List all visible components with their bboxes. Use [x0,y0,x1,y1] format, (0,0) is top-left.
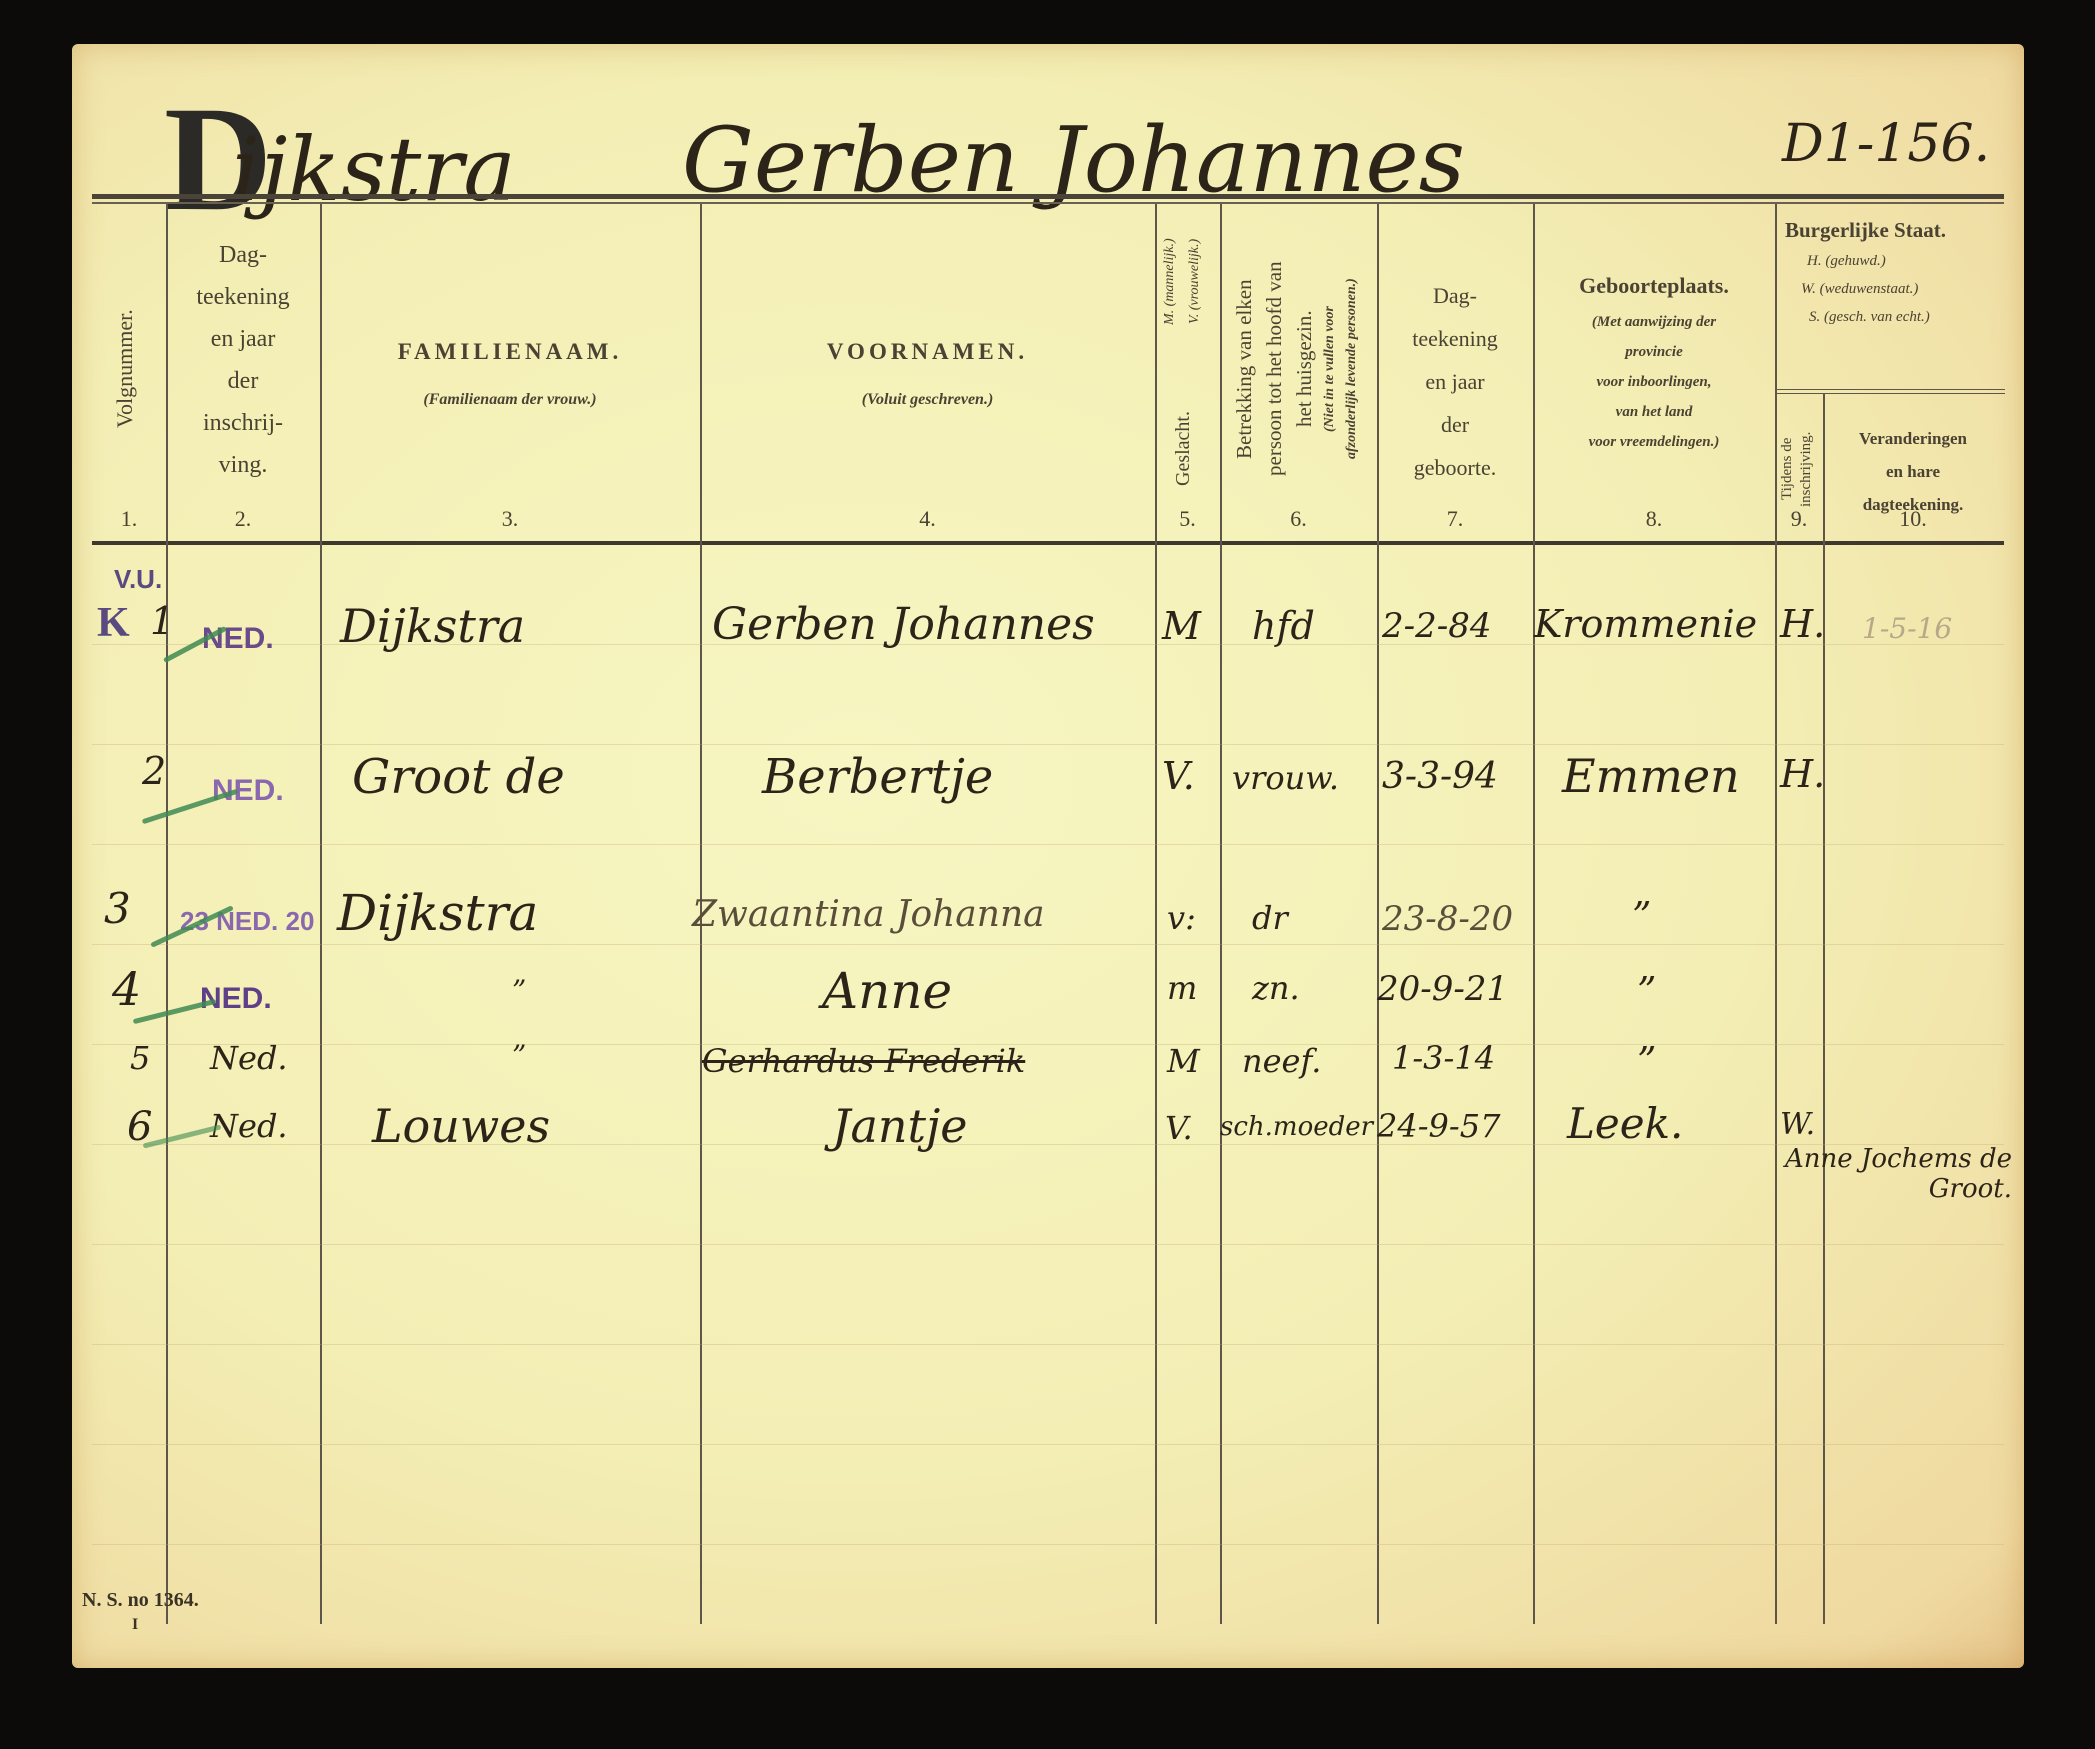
cell-volgnummer: 3 [104,884,131,933]
header-betrekking-line: persoon tot het hoofd van [1262,209,1290,529]
cell-geslacht: M [1167,1042,1200,1080]
cell-staat: H. [1780,602,1825,646]
cell-volgnummer: 2 [142,749,166,793]
cell-geboortedatum: 24-9-57 [1377,1107,1500,1145]
column-number: 5. [1155,506,1220,532]
header-subtitle: (Voluit geschreven.) [700,388,1155,413]
ruled-line [92,1244,2004,1245]
header-dagteekening-inschrijving: Dag- teekening en jaar der inschrij- vin… [166,234,320,486]
cell-voornamen-struck: Gerhardus Frederik [702,1042,1025,1080]
cell-betrekking: hfd [1252,604,1315,648]
cell-geslacht: m [1167,969,1197,1007]
cell-voornamen: Anne [822,962,952,1020]
header-line: der [1377,403,1533,446]
cell-volgnummer: 5 [130,1039,150,1077]
cell-geboortedatum: 3-3-94 [1382,756,1498,797]
header-subtitle: provincie [1533,337,1775,367]
header-subtitle: (Familienaam der vrouw.) [320,388,700,413]
header-title: FAMILIENAAM. [320,334,700,370]
form-sub-number: I [132,1616,138,1634]
vu-stamp: V.U. [114,564,162,595]
header-line: Dag- [1377,274,1533,317]
cell-geboorteplaats: Leek. [1567,1099,1683,1148]
header-legend-w: W. (weduwenstaat.) [1785,275,2007,303]
surname-handwritten: ijkstra [232,126,516,214]
ruled-line [92,1344,2004,1345]
column-divider [1155,204,1157,1624]
header-subtitle: (Met aanwijzing der [1533,307,1775,337]
cell-volgnummer: 4 [112,962,141,1016]
cell-veranderingen: 1-5-16 [1862,612,1952,645]
column-number: 3. [320,506,700,532]
header-voornamen: VOORNAMEN. (Voluit geschreven.) [700,334,1155,412]
column-divider [320,204,322,1624]
ruled-line [92,744,2004,745]
cell-geslacht: V. [1162,754,1195,798]
ruled-line [92,1044,2004,1045]
form-number: N. S. no 1364. [82,1589,199,1612]
burgerlijke-staat-divider [1775,389,2005,394]
column-number: 9. [1775,506,1823,532]
cell-voornamen: Jantje [832,1099,967,1153]
cell-inschrijving-stamp: NED. [202,622,274,656]
card-reference-number: D1-156. [1782,114,1990,174]
cell-geslacht: M [1162,604,1201,648]
cell-familienaam: ” [512,1039,526,1072]
cell-voornamen: Berbertje [762,749,993,805]
cell-staat: W. [1780,1107,1815,1142]
cell-voornamen: Gerben Johannes [712,599,1095,650]
header-title: Geboorteplaats. [1533,269,1775,303]
header-legend-h: H. (gehuwd.) [1785,247,2007,275]
cell-geboortedatum: 2-2-84 [1382,606,1492,646]
column-number: 2. [166,506,320,532]
column-number: 4. [700,506,1155,532]
header-familienaam: FAMILIENAAM. (Familienaam der vrouw.) [320,334,700,412]
ruled-line [92,1544,2004,1545]
header-geslacht-m: M. (mannelijk.) [1162,209,1182,354]
header-volgnummer: Volgnummer. [112,244,152,494]
cell-geboorteplaats: Krommenie [1534,602,1757,646]
population-register-card: D ijkstra Gerben Johannes D1-156. Volgnu… [72,44,2024,1668]
column-number: 7. [1377,506,1533,532]
cell-inschrijving-stamp: NED. [212,774,284,808]
cell-veranderingen: Anne Jochems de Groot. [1752,1144,2012,1204]
header-subtitle: van het land [1533,397,1775,427]
header-geboorteplaats: Geboorteplaats. (Met aanwijzing der prov… [1533,269,1775,457]
cell-familienaam: Dijkstra [337,884,538,942]
header-line: teekening [166,276,320,318]
header-bottom-rule [92,541,2004,545]
ruled-line [92,844,2004,845]
header-line: ving. [166,444,320,486]
cell-geboorteplaats: ” [1637,1039,1656,1083]
cell-betrekking: dr [1252,899,1288,937]
header-top-rule-thin [92,202,2004,204]
header-betrekking-line: het huisgezin. [1292,209,1320,529]
cell-familienaam: ” [512,974,526,1007]
cell-geboortedatum: 1-3-14 [1392,1039,1495,1077]
header-line: teekening [1377,317,1533,360]
header-line: inschrij- [166,402,320,444]
header-line: geboorte. [1377,446,1533,489]
cell-voornamen: Zwaantina Johanna [692,894,1045,935]
cell-familienaam: Louwes [372,1099,550,1153]
column-number: 1. [92,506,166,532]
cell-familienaam: Groot de [352,749,565,805]
cell-geslacht: v: [1167,899,1196,937]
header-subtitle: voor vreemdelingen.) [1533,427,1775,457]
header-geslacht-v: V. (vrouwelijk.) [1187,209,1207,354]
header-title: Burgerlijke Staat. [1785,214,2007,247]
header-betrekking-note: afzonderlijk levende personen.) [1344,209,1366,529]
header-burgerlijke-staat: Burgerlijke Staat. H. (gehuwd.) W. (wedu… [1775,214,2007,331]
column-divider [1220,204,1222,1624]
column-number: 10. [1823,506,2003,532]
header-betrekking-note: (Niet in te vullen voor [1322,209,1344,529]
header-line: Veranderingen [1823,422,2003,455]
cell-inschrijving: Ned. [210,1107,288,1145]
header-line: en jaar [1377,360,1533,403]
header-line: en hare [1823,455,2003,488]
cell-betrekking: zn. [1252,969,1300,1007]
header-line: Dag- [166,234,320,276]
header-subtitle: voor inboorlingen, [1533,367,1775,397]
cell-betrekking: neef. [1242,1042,1321,1080]
cell-geslacht: V. [1165,1109,1193,1147]
k-stamp: K [97,599,130,647]
header-dagteekening-geboorte: Dag- teekening en jaar der geboorte. [1377,274,1533,489]
cell-volgnummer: 1 [150,599,174,643]
header-betrekking-line: Betrekking van elken [1232,209,1260,529]
cell-geboorteplaats: ” [1632,894,1651,938]
cell-betrekking: vrouw. [1232,759,1339,797]
cell-geboortedatum: 20-9-21 [1377,969,1508,1009]
cell-staat: H. [1780,752,1825,796]
column-number: 6. [1220,506,1377,532]
column-divider [1775,204,1777,1624]
header-line: en jaar [166,318,320,360]
column-divider [1823,394,1825,1624]
header-geslacht: Geslacht. [1172,374,1202,524]
cell-geboortedatum: 23-8-20 [1382,899,1513,939]
cell-inschrijving: Ned. [210,1039,288,1077]
header-legend-s: S. (gesch. van echt.) [1785,303,2007,331]
header-top-rule [92,194,2004,199]
cell-familienaam: Dijkstra [340,599,525,653]
given-names-handwritten: Gerben Johannes [682,116,1465,206]
ruled-line [92,1444,2004,1445]
cell-geboorteplaats: ” [1637,969,1656,1013]
header-title: VOORNAMEN. [700,334,1155,370]
cell-betrekking: sch.moeder [1220,1112,1373,1142]
column-number: 8. [1533,506,1775,532]
header-line: der [166,360,320,402]
ruled-line [92,944,2004,945]
cell-geboorteplaats: Emmen [1562,749,1740,803]
